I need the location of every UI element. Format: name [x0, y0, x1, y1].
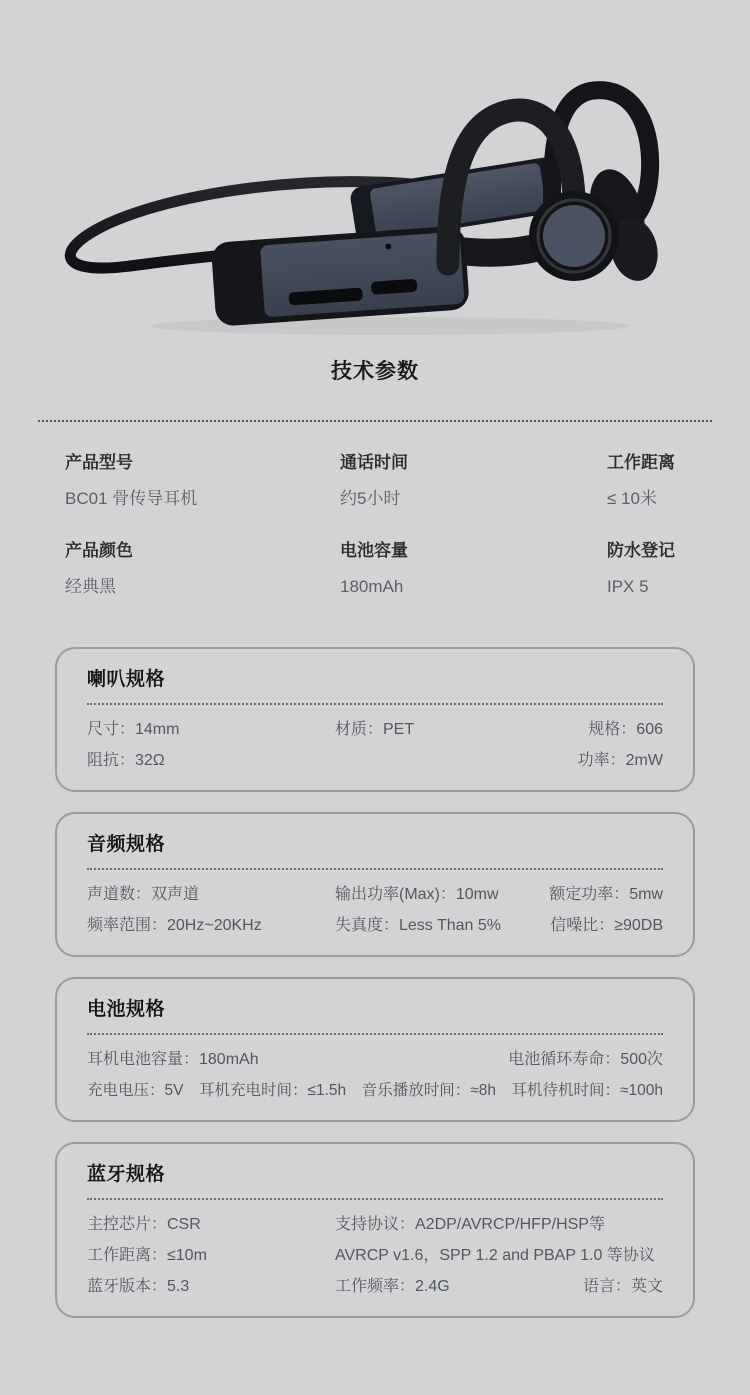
spec-text: 主控芯片：CSR [87, 1214, 335, 1236]
spec-row: 工作距离：≤10m AVRCP v1.6，SPP 1.2 and PBAP 1.… [87, 1245, 663, 1267]
product-photo [0, 0, 750, 340]
spec-row: 充电电压：5V 耳机充电时间：≤1.5h 音乐播放时间：≈8h 耳机待机时间：≈… [87, 1080, 663, 1102]
spec-label: 防水登记 [607, 541, 740, 561]
section-title: 音频规格 [87, 834, 663, 856]
spec-value: 180mAh [340, 577, 607, 597]
section-title: 蓝牙规格 [87, 1164, 663, 1186]
spec-row: 耳机电池容量：180mAh 电池循环寿命：500次 [87, 1049, 663, 1071]
spec-value: ≤ 10米 [607, 489, 740, 509]
section-speaker-specs: 喇叭规格 尺寸：14mm 材质：PET 规格：606 阻抗：32Ω 功率：2mW [55, 647, 695, 792]
spec-text: 语言：英文 [583, 1276, 663, 1298]
spec-value: 约5小时 [340, 489, 607, 509]
spec-text: 蓝牙版本：5.3 [87, 1276, 335, 1298]
spec-item-model: 产品型号 BC01 骨传导耳机 [65, 453, 340, 509]
spec-row: 阻抗：32Ω 功率：2mW [87, 750, 663, 772]
spec-text: 材质：PET [335, 719, 588, 741]
spec-text: 尺寸：14mm [87, 719, 335, 741]
spec-text: 工作距离：≤10m [87, 1245, 335, 1267]
dotted-divider [87, 703, 663, 705]
spec-text: 频率范围：20Hz~20KHz [87, 915, 335, 937]
spec-value: BC01 骨传导耳机 [65, 489, 340, 509]
spec-text: 电池循环寿命：500次 [508, 1049, 663, 1071]
page-title: 技术参数 [0, 358, 750, 386]
spec-item-color: 产品颜色 经典黑 [65, 541, 340, 597]
front-control-module [211, 225, 470, 327]
spec-text: 额定功率：5mw [549, 884, 663, 906]
section-title: 喇叭规格 [87, 669, 663, 691]
spec-item-talk-time: 通话时间 约5小时 [340, 453, 607, 509]
spec-text: 信噪比：≥90DB [550, 915, 663, 937]
spec-text: 功率：2mW [578, 750, 663, 772]
spec-row: 频率范围：20Hz~20KHz 失真度：Less Than 5% 信噪比：≥90… [87, 915, 663, 937]
spec-text: 输出功率(Max)：10mw [335, 884, 549, 906]
product-spec-page: 技术参数 产品型号 BC01 骨传导耳机 通话时间 约5小时 工作距离 ≤ 10… [0, 0, 750, 1395]
spec-text: 阻抗：32Ω [87, 750, 335, 772]
spec-row: 尺寸：14mm 材质：PET 规格：606 [87, 719, 663, 741]
spec-item-working-distance: 工作距离 ≤ 10米 [607, 453, 740, 509]
spec-label: 产品型号 [65, 453, 340, 473]
dotted-divider [87, 1198, 663, 1200]
spec-text: 耳机电池容量：180mAh [87, 1049, 508, 1071]
spec-text: 失真度：Less Than 5% [335, 915, 550, 937]
spec-row: 蓝牙版本：5.3 工作频率：2.4G 语言：英文 [87, 1276, 663, 1298]
spec-text [335, 750, 578, 772]
section-battery-specs: 电池规格 耳机电池容量：180mAh 电池循环寿命：500次 充电电压：5V 耳… [55, 977, 695, 1122]
spec-label: 电池容量 [340, 541, 607, 561]
section-bluetooth-specs: 蓝牙规格 主控芯片：CSR 支持协议：A2DP/AVRCP/HFP/HSP等 工… [55, 1142, 695, 1318]
spec-text: AVRCP v1.6，SPP 1.2 and PBAP 1.0 等协议 [335, 1245, 663, 1267]
spec-row: 主控芯片：CSR 支持协议：A2DP/AVRCP/HFP/HSP等 [87, 1214, 663, 1236]
spec-row: 声道数：双声道 输出功率(Max)：10mw 额定功率：5mw [87, 884, 663, 906]
spec-label: 产品颜色 [65, 541, 340, 561]
spec-item-battery-capacity: 电池容量 180mAh [340, 541, 607, 597]
dotted-divider [38, 420, 712, 422]
spec-text: 充电电压：5V [87, 1080, 183, 1102]
spec-value: 经典黑 [65, 577, 340, 597]
dotted-divider [87, 868, 663, 870]
section-title: 电池规格 [87, 999, 663, 1021]
section-audio-specs: 音频规格 声道数：双声道 输出功率(Max)：10mw 额定功率：5mw 频率范… [55, 812, 695, 957]
spec-text: 声道数：双声道 [87, 884, 335, 906]
spec-value: IPX 5 [607, 577, 740, 597]
dotted-divider [87, 1033, 663, 1035]
spec-text: 支持协议：A2DP/AVRCP/HFP/HSP等 [335, 1214, 663, 1236]
overview-grid: 产品型号 BC01 骨传导耳机 通话时间 约5小时 工作距离 ≤ 10米 产品颜… [0, 453, 750, 597]
spec-label: 工作距离 [607, 453, 740, 473]
spec-item-waterproof: 防水登记 IPX 5 [607, 541, 740, 597]
bone-conduction-headphones-image [0, 0, 750, 340]
transducer-disc [529, 191, 619, 281]
spec-text: 音乐播放时间：≈8h [362, 1080, 496, 1102]
spec-label: 通话时间 [340, 453, 607, 473]
spec-text: 耳机待机时间：≈100h [512, 1080, 664, 1102]
spec-text: 规格：606 [588, 719, 663, 741]
spec-text: 耳机充电时间：≤1.5h [199, 1080, 346, 1102]
spec-text: 工作频率：2.4G [335, 1276, 583, 1298]
